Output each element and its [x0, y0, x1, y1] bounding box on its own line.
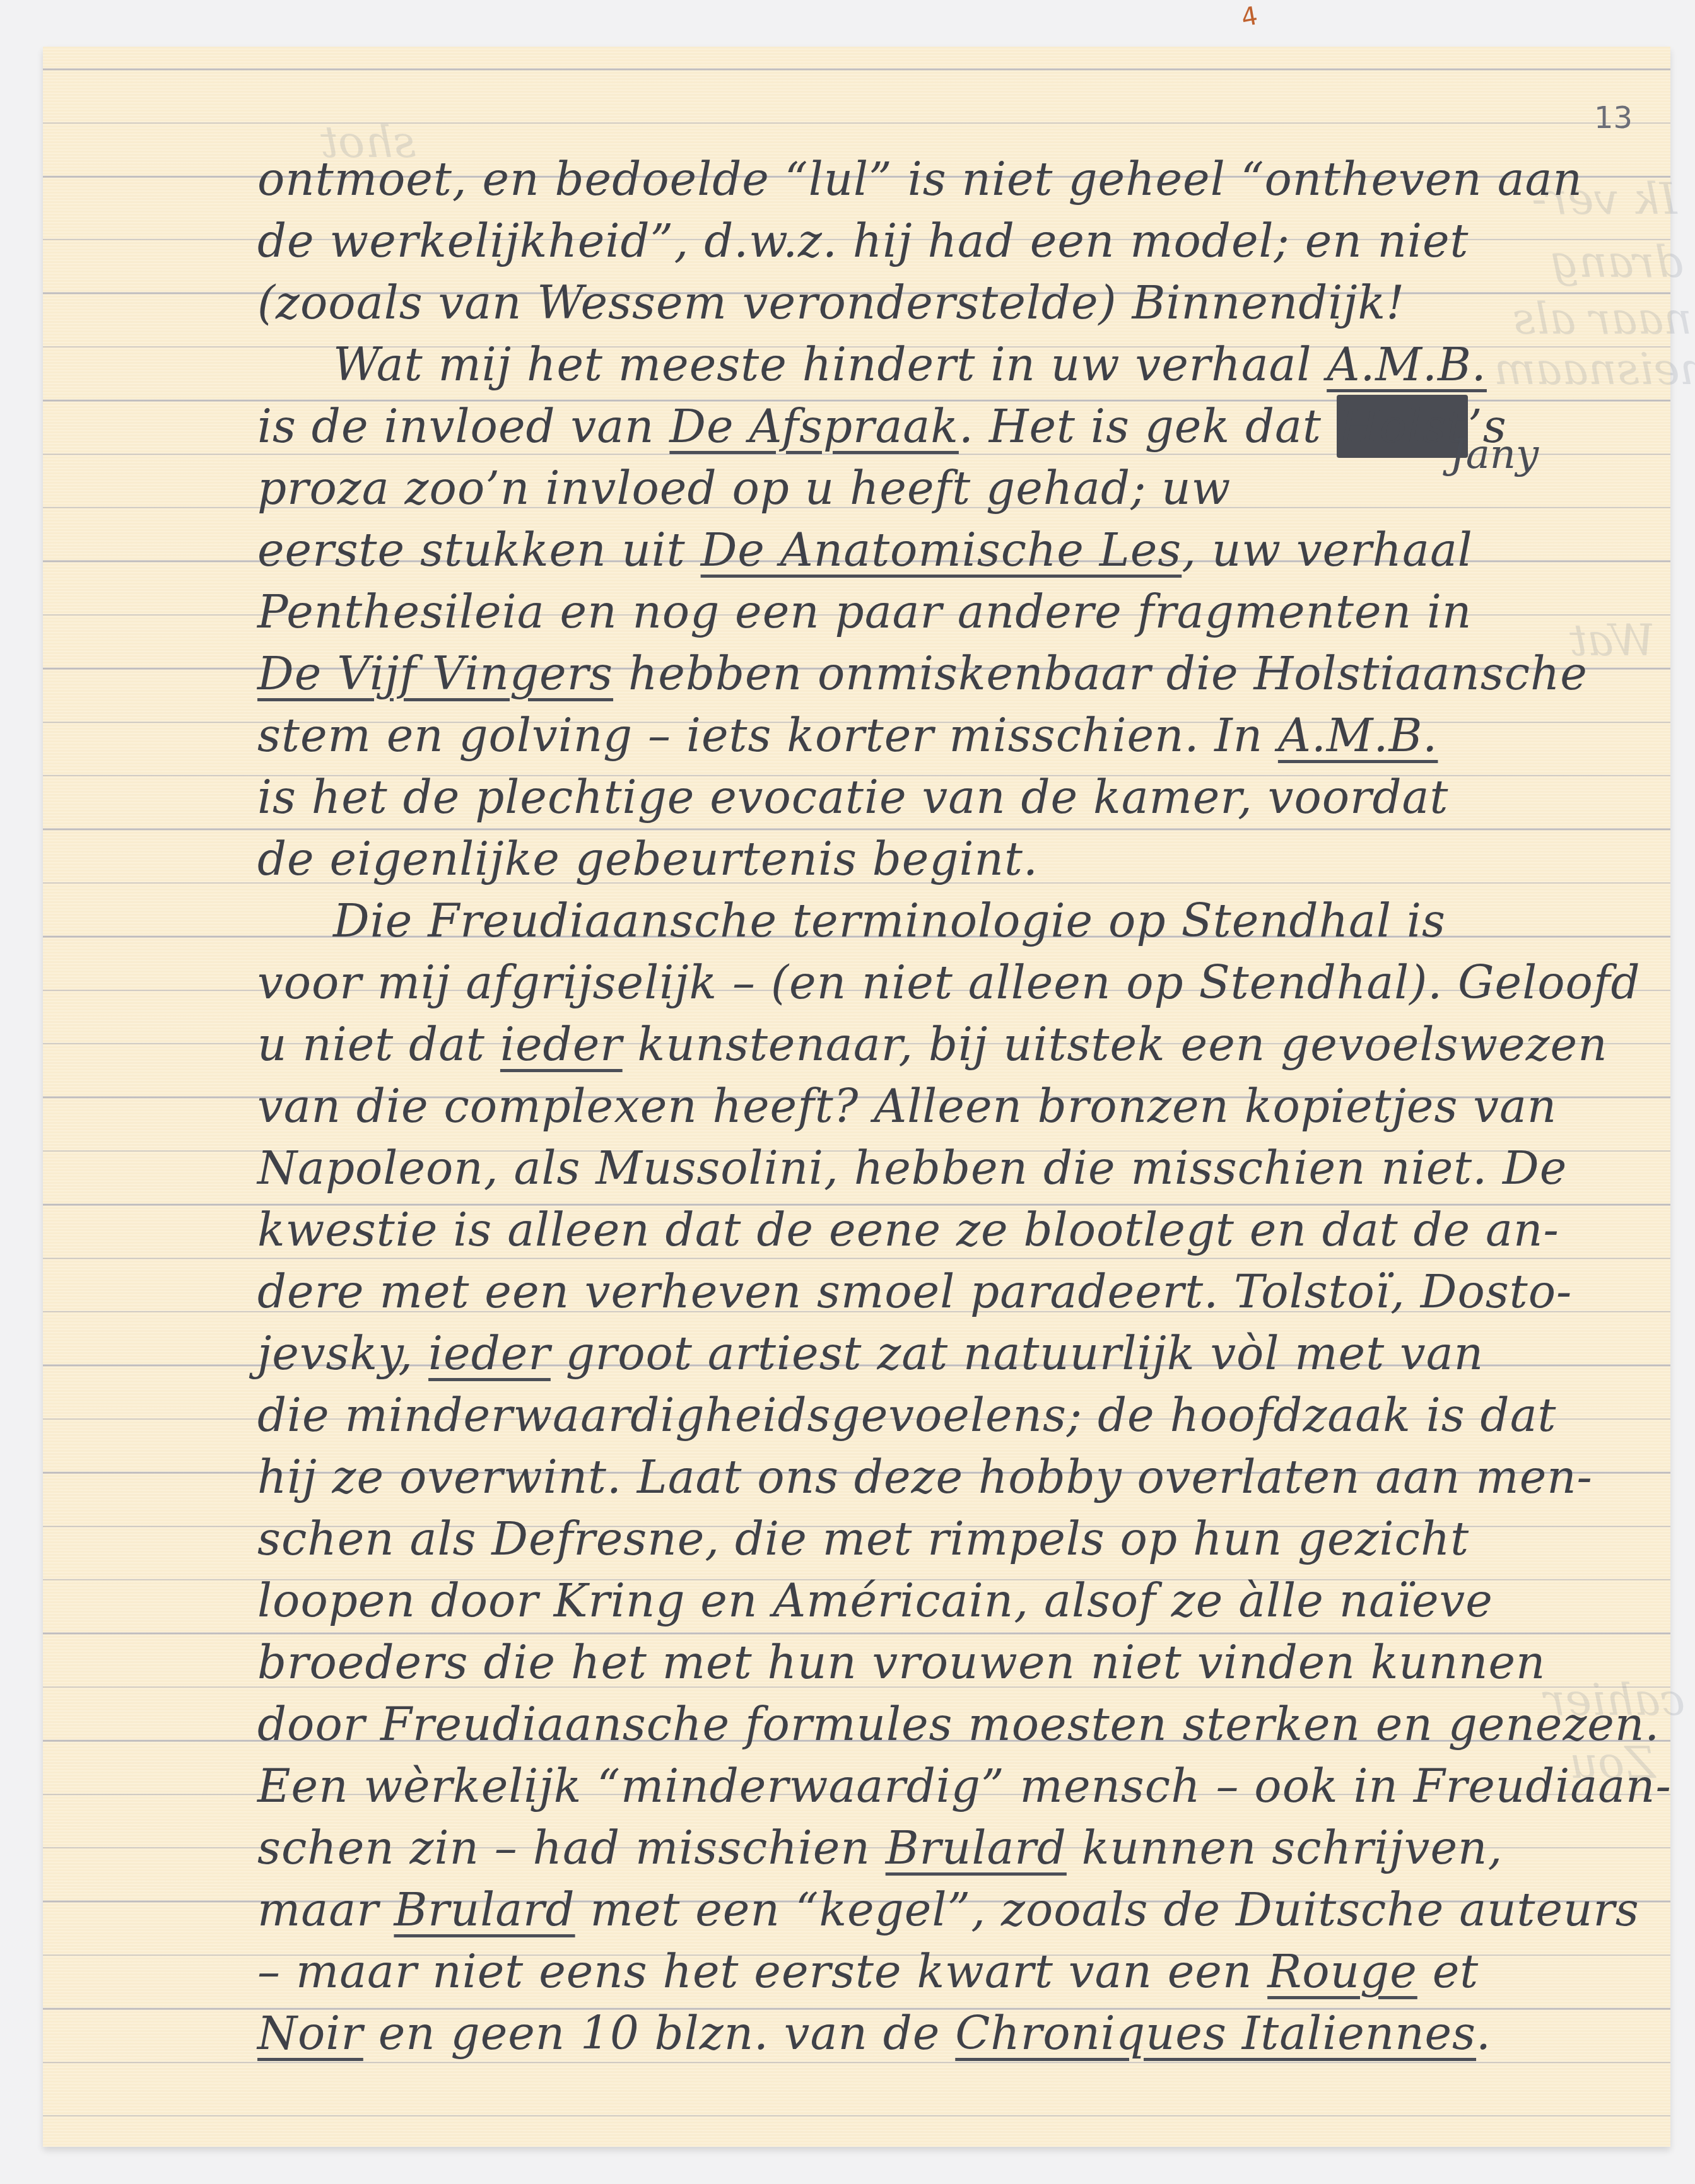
text-line: is de invloed van De Afspraak. Het is ge… [257, 395, 1507, 458]
underlined-title: A.M.B. [1327, 338, 1486, 391]
letter-page: 4 13 shot Ik ver- drang naar als meisnaa… [43, 47, 1670, 2147]
text-line: is het de plechtige evocatie van de kame… [257, 766, 1448, 829]
text-line: maar Brulard met een “kegel”, zooals de … [257, 1878, 1639, 1941]
bleed-through-text: drang [1551, 236, 1683, 288]
underlined-title: ieder [500, 1018, 623, 1071]
text-line: Een wèrkelijk “minderwaardig” mensch – o… [257, 1755, 1672, 1818]
text-line: De Vijf Vingers hebben onmiskenbaar die … [257, 642, 1588, 705]
bleed-through-text: naar als [1513, 293, 1692, 344]
text-line: Wat mij het meeste hindert in uw verhaal… [333, 333, 1487, 396]
text-line: hij ze overwint. Laat ons deze hobby ove… [257, 1445, 1593, 1509]
text-line: dere met een verheven smoel paradeert. T… [257, 1260, 1572, 1323]
text-line: voor mij afgrijselijk – (en niet alleen … [257, 951, 1641, 1014]
text-line: de werkelijkheid”, d.w.z. hij had een mo… [257, 209, 1469, 272]
underlined-title: Brulard [886, 1821, 1067, 1874]
underlined-title: Brulard [394, 1883, 575, 1936]
underlined-title: Chroniques Italiennes [955, 2007, 1476, 2060]
text-line: schen als Defresne, die met rimpels op h… [257, 1507, 1469, 1570]
page-number: 13 [1594, 100, 1633, 136]
text-line: Napoleon, als Mussolini, hebben die miss… [257, 1136, 1567, 1200]
underlined-title: A.M.B. [1278, 709, 1438, 762]
text-line: Penthesileia en nog een paar andere frag… [257, 580, 1472, 643]
text-line: Die Freudiaansche terminologie op Stendh… [333, 889, 1446, 952]
text-line: de eigenlijke gebeurtenis begint. [257, 827, 1038, 891]
text-line: broeders die het met hun vrouwen niet vi… [257, 1631, 1545, 1694]
underlined-title: De Afspraak [669, 400, 959, 453]
underlined-title: De Anatomische Les [701, 523, 1182, 576]
text-line: (zooals van Wessem veronderstelde) Binne… [257, 271, 1405, 334]
underlined-title: A.M.B. [1278, 709, 1438, 762]
text-line: Wat mij het meeste hindert in uw verhaal… [333, 338, 1487, 391]
text-line: proza zoo’n invloed op u heeft gehad; uw [257, 457, 1231, 520]
text-line: ontmoet, en bedoelde “lul” is niet gehee… [257, 148, 1583, 211]
archive-pencil-mark: 4 [1239, 1, 1260, 33]
underlined-title: Noir [257, 2007, 363, 2060]
inserted-word: Jany [1450, 431, 1539, 478]
text-line: eerste stukken uit De Anatomische Les, u… [257, 518, 1473, 581]
text-line: Noir en geen 10 blzn. van de Chroniques … [257, 2002, 1491, 2065]
bleed-through-text: meisnaam [1494, 343, 1695, 395]
struck-word: Holst [1337, 395, 1468, 458]
underlined-title: A.M.B. [1327, 338, 1486, 391]
underlined-title: Rouge [1267, 1945, 1417, 1998]
text-line: loopen door Kring en Américain, alsof ze… [257, 1569, 1493, 1632]
text-line: door Freudiaansche formules moesten ster… [257, 1693, 1660, 1756]
text-line: stem en golving – iets korter misschien.… [257, 704, 1438, 767]
text-line: die minderwaardigheidsgevoelens; de hoof… [257, 1384, 1557, 1447]
text-line: u niet dat ieder kunstenaar, bij uitstek… [257, 1013, 1608, 1076]
text-line-content: is de invloed van De Afspraak. Het is ge… [257, 400, 1322, 453]
underlined-title: De Vijf Vingers [257, 647, 613, 700]
text-line: schen zin – had misschien Brulard kunnen… [257, 1816, 1503, 1879]
underlined-title: ieder [428, 1327, 551, 1380]
text-line: – maar niet eens het eerste kwart van ee… [257, 1940, 1479, 2003]
text-line: van die complexen heeft? Alleen bronzen … [257, 1075, 1557, 1138]
text-line: jevsky, ieder groot artiest zat natuurli… [257, 1322, 1484, 1385]
text-line: kwestie is alleen dat de eene ze blootle… [257, 1198, 1559, 1261]
